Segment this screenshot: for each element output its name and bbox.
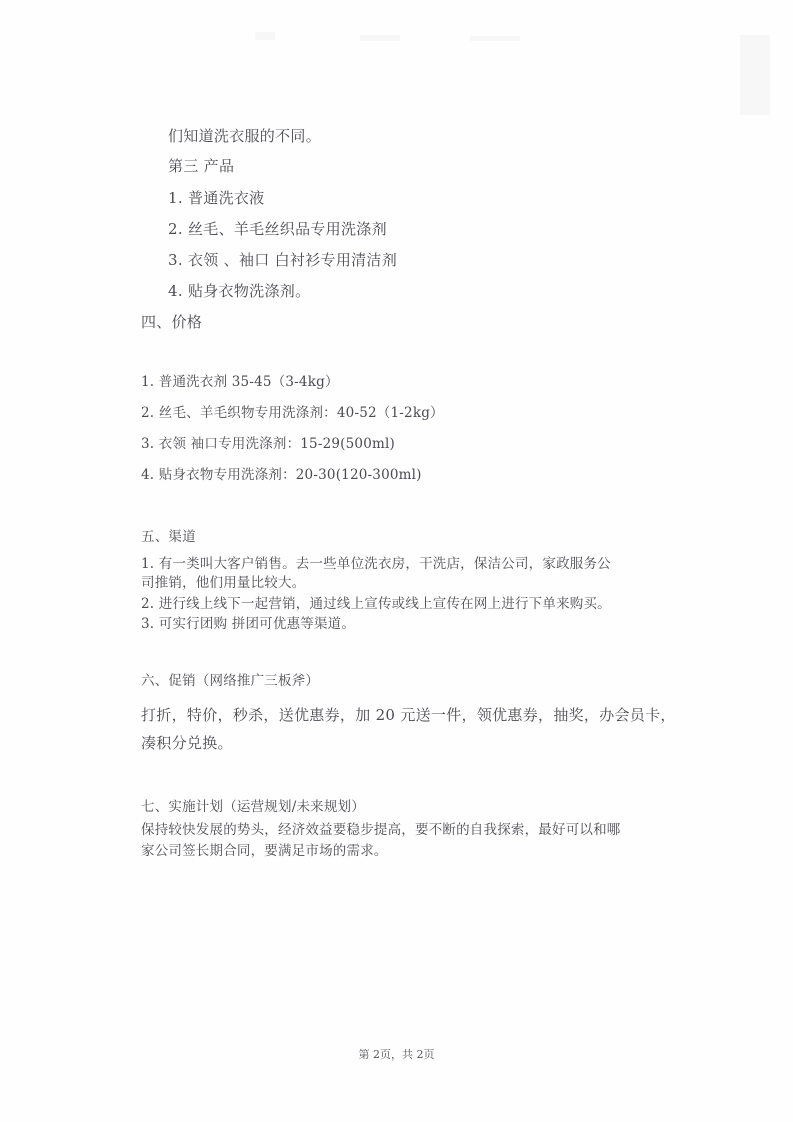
price-item: 1. 普通洗衣剂 35-45（3-4kg） xyxy=(141,372,339,392)
product-item: 1. 普通洗衣液 xyxy=(168,188,264,208)
intro-continuation: 们知道洗衣服的不同。 xyxy=(168,126,321,146)
channel-line: 司推销，他们用量比较大。 xyxy=(141,573,305,593)
plan-line: 保持较快发展的势头，经济效益要稳步提高，要不断的自我探索，最好可以和哪 xyxy=(141,820,621,840)
price-item: 4. 贴身衣物专用洗涤剂：20-30(120-300ml) xyxy=(141,465,422,485)
page-indicator: 第 2页，共 2页 xyxy=(0,1046,793,1062)
product-item: 3. 衣领 、袖口 白衬衫专用清洁剂 xyxy=(168,250,397,270)
section-heading-promotion: 六、促销（网络推广三板斧） xyxy=(141,671,319,691)
plan-line: 家公司签长期合同，要满足市场的需求。 xyxy=(141,841,388,861)
product-item: 2. 丝毛、羊毛丝织品专用洗涤剂 xyxy=(168,219,387,239)
section-heading-products: 第三 产品 xyxy=(168,156,234,176)
channel-line: 3. 可实行团购 拼团可优惠等渠道。 xyxy=(141,614,355,634)
scan-artifact xyxy=(360,35,400,41)
product-item: 4. 贴身衣物洗涤剂。 xyxy=(168,281,310,301)
document-page: 们知道洗衣服的不同。 第三 产品 1. 普通洗衣液 2. 丝毛、羊毛丝织品专用洗… xyxy=(0,0,793,1122)
price-item: 2. 丝毛、羊毛织物专用洗涤剂：40-52（1-2kg） xyxy=(141,403,444,423)
channel-line: 2. 进行线上线下一起营销，通过线上宣传或线上宣传在网上进行下单来购买。 xyxy=(141,594,611,614)
scan-artifact xyxy=(255,32,275,40)
section-heading-plan: 七、实施计划（运营规划/未来规划） xyxy=(141,797,365,817)
section-heading-price: 四、价格 xyxy=(141,312,202,332)
scan-artifact xyxy=(470,36,520,41)
promotion-line: 凑积分兑换。 xyxy=(141,733,233,753)
price-item: 3. 衣领 袖口专用洗涤剂：15-29(500ml) xyxy=(141,434,395,454)
channel-line: 1. 有一类叫大客户销售。去一些单位洗衣房，干洗店，保洁公司，家政服务公 xyxy=(141,554,611,574)
section-heading-channels: 五、渠道 xyxy=(141,527,196,547)
scan-artifact xyxy=(740,35,770,115)
promotion-line: 打折，特价，秒杀，送优惠券，加 20 元送一件，领优惠券，抽奖，办会员卡， xyxy=(141,705,676,725)
